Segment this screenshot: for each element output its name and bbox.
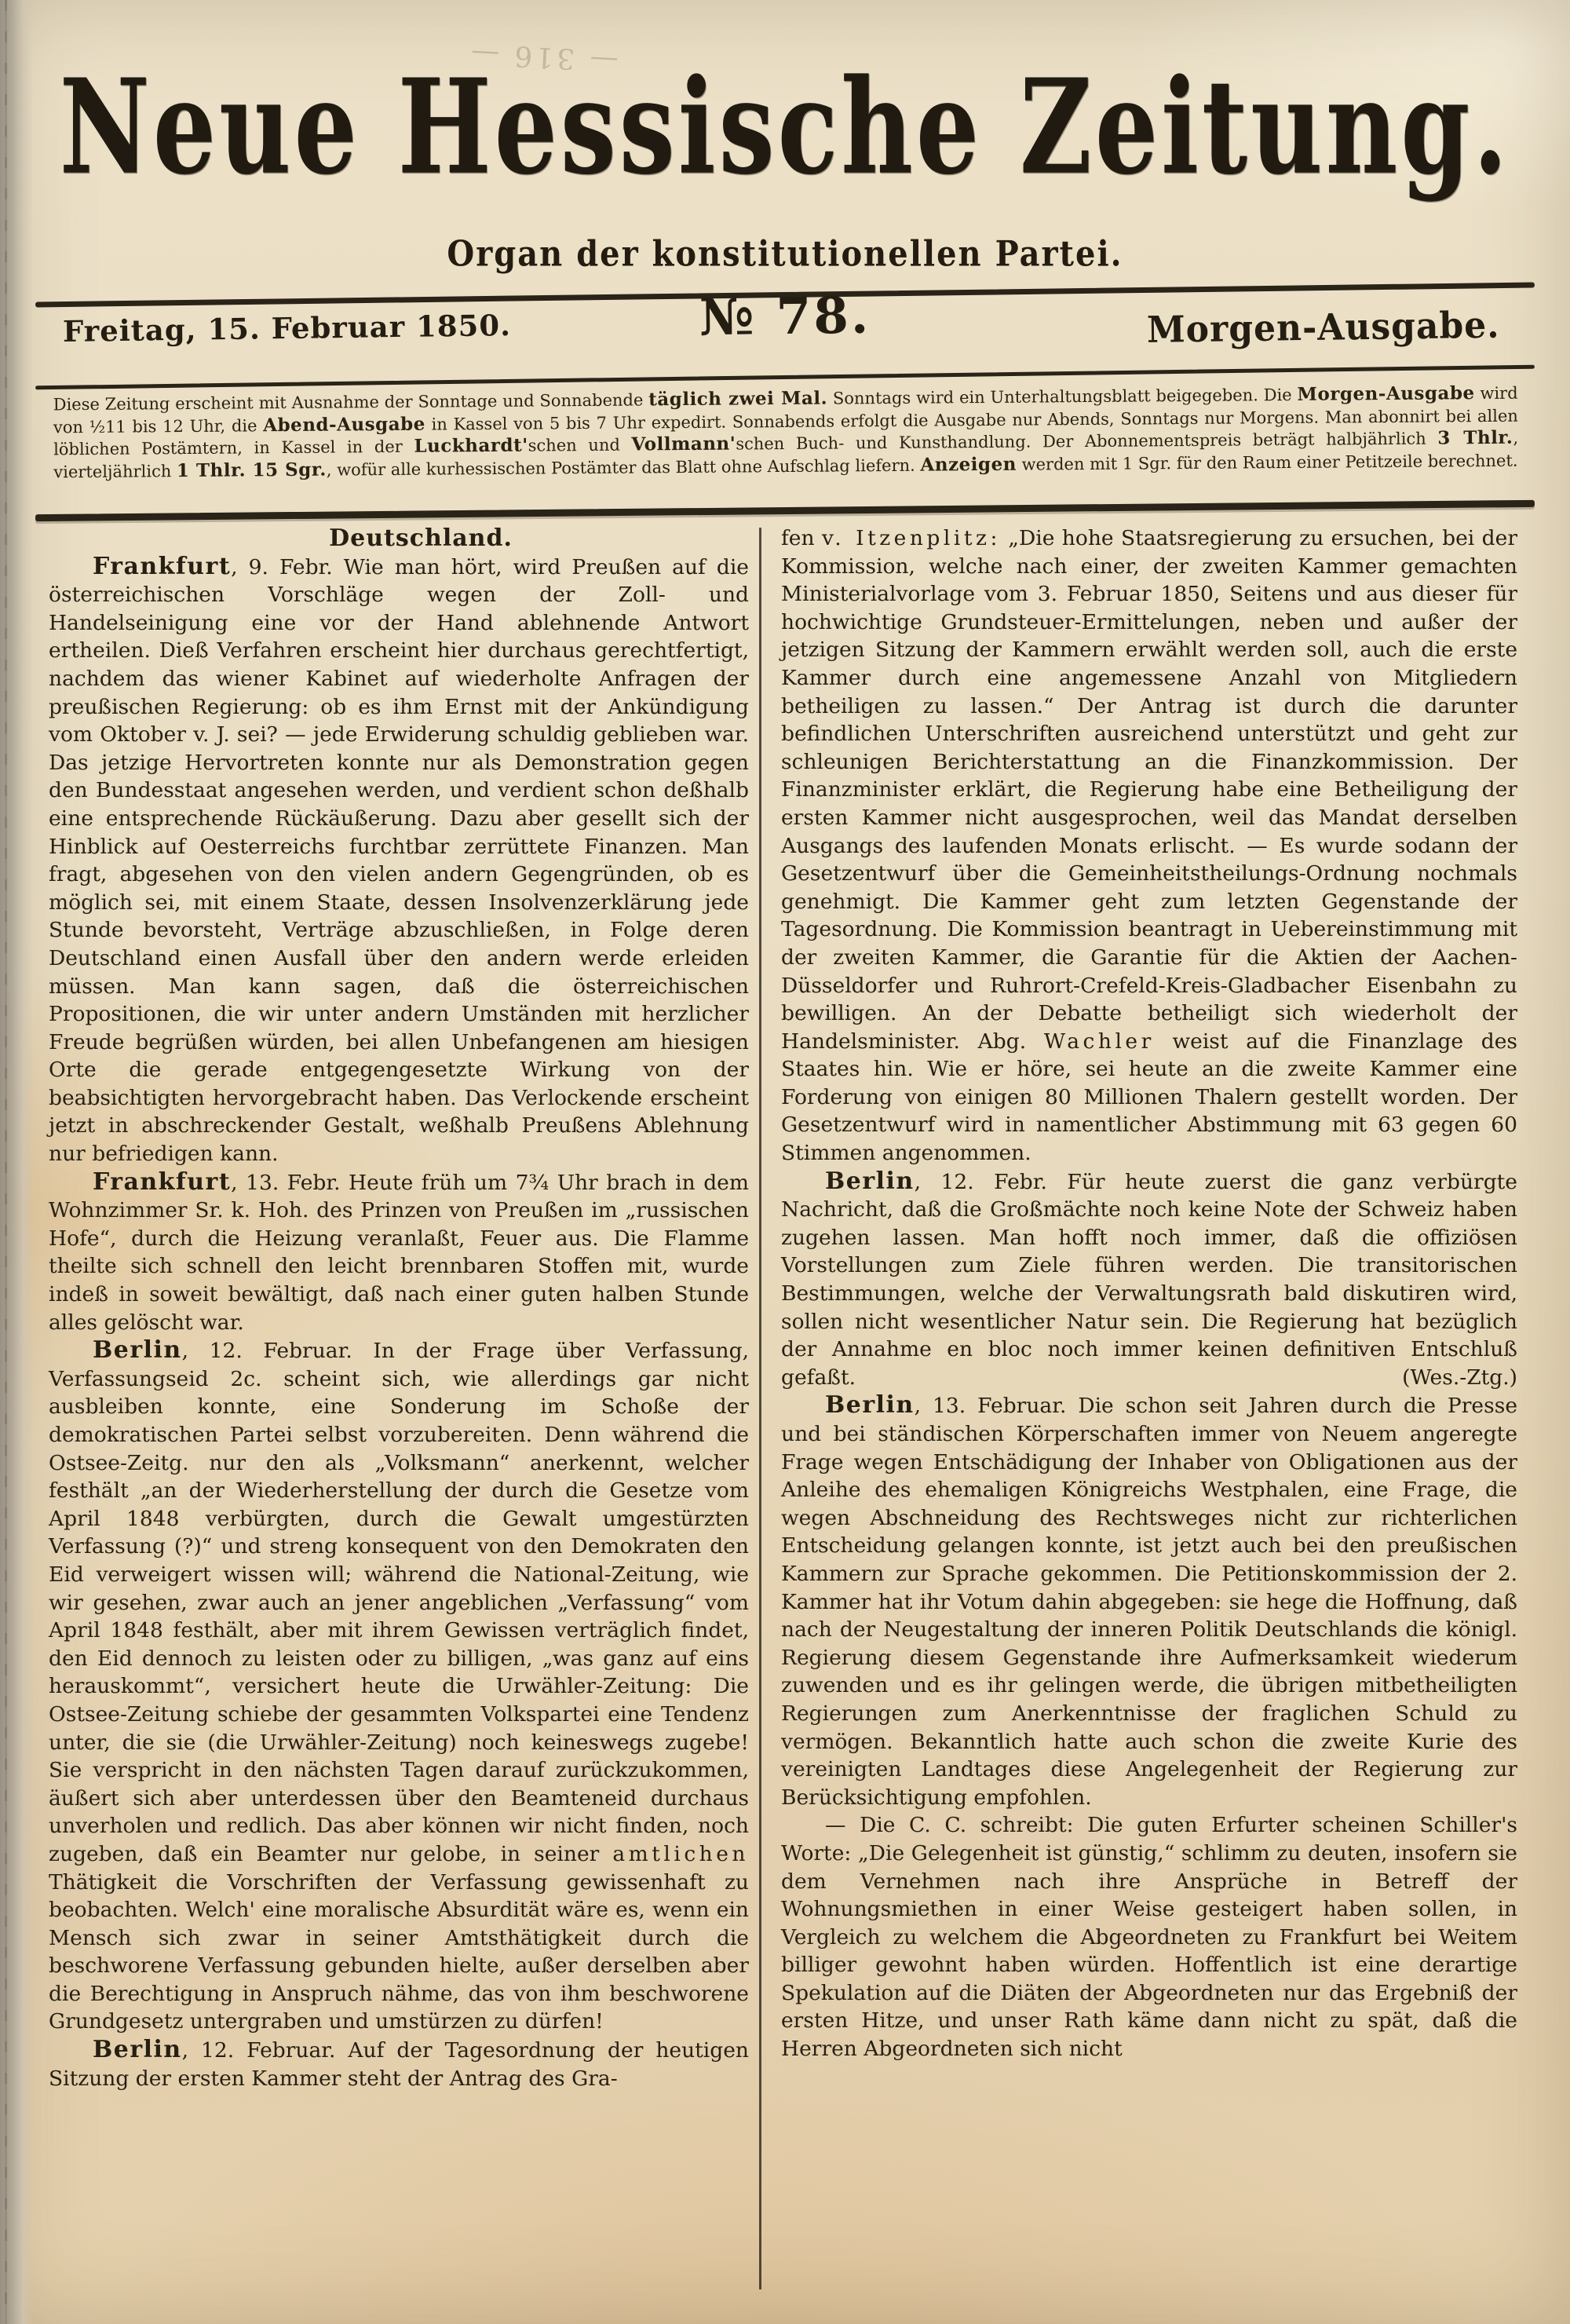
left-column: Deutschland. Frankfurt, 9. Febr. Wie man… bbox=[49, 524, 749, 2092]
article-paragraph: Berlin, 13. Februar. Die schon seit Jahr… bbox=[781, 1391, 1517, 1811]
section-heading: Deutschland. bbox=[49, 524, 749, 553]
article-paragraph: Berlin, 12. Februar. In der Frage über V… bbox=[49, 1336, 749, 2036]
article-paragraph: fen v. Itzenplitz: „Die hohe Staatsregie… bbox=[781, 524, 1517, 1167]
article-paragraph: Berlin, 12. Febr. Für heute zuerst die g… bbox=[781, 1167, 1517, 1392]
article-paragraph: Frankfurt, 13. Febr. Heute früh um 7¾ Uh… bbox=[49, 1168, 749, 1337]
prospectus-text: Diese Zeitung erscheint mit Ausnahme der… bbox=[53, 382, 1519, 484]
right-column: fen v. Itzenplitz: „Die hohe Staatsregie… bbox=[781, 524, 1517, 2063]
article-paragraph: — Die C. C. schreibt: Die guten Erfurter… bbox=[781, 1811, 1517, 2063]
article-paragraph: Berlin, 12. Februar. Auf der Tagesordnun… bbox=[49, 2036, 749, 2092]
column-divider bbox=[759, 528, 761, 2289]
masthead-title: Neue Hessische Zeitung. bbox=[0, 50, 1570, 203]
newspaper-page: — 316 — Neue Hessische Zeitung. Organ de… bbox=[0, 0, 1570, 2324]
article-paragraph: Frankfurt, 9. Febr. Wie man hört, wird P… bbox=[49, 553, 749, 1168]
edition-label: Morgen-Ausgabe. bbox=[1146, 305, 1499, 352]
rule-above-body bbox=[35, 500, 1535, 521]
masthead-subtitle: Organ der konstitutionellen Partei. bbox=[0, 233, 1570, 275]
